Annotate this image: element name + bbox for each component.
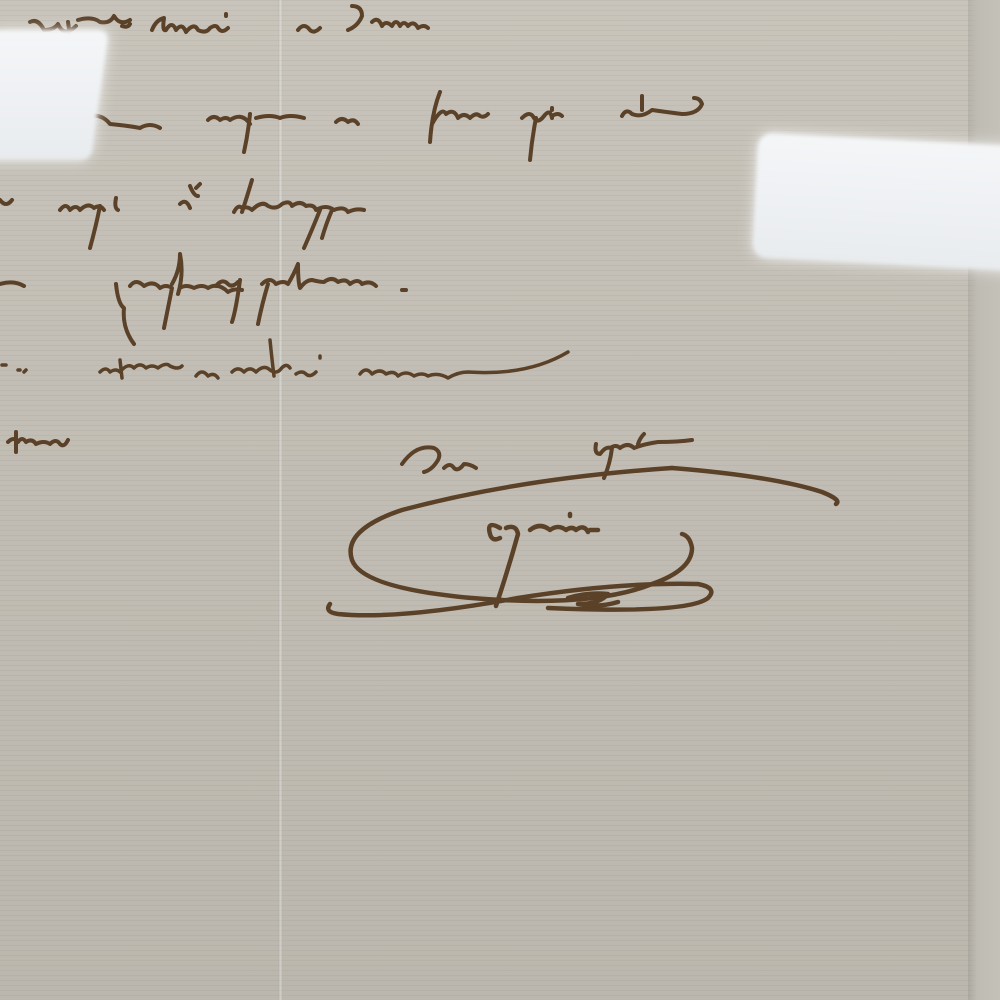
glass-glare-left: [0, 30, 109, 160]
handwritten-line-6: [8, 432, 68, 452]
handwritten-line-4: [0, 254, 406, 344]
signature-g-verdi: [328, 468, 837, 615]
handwritten-line-2: [40, 92, 702, 160]
letter-photo: ...aspetti domani a Torino ...ente ... a…: [0, 0, 1000, 1000]
handwritten-line-5: [2, 340, 568, 378]
handwritten-line-3: [0, 180, 364, 248]
glass-glare-right: [752, 132, 1000, 272]
